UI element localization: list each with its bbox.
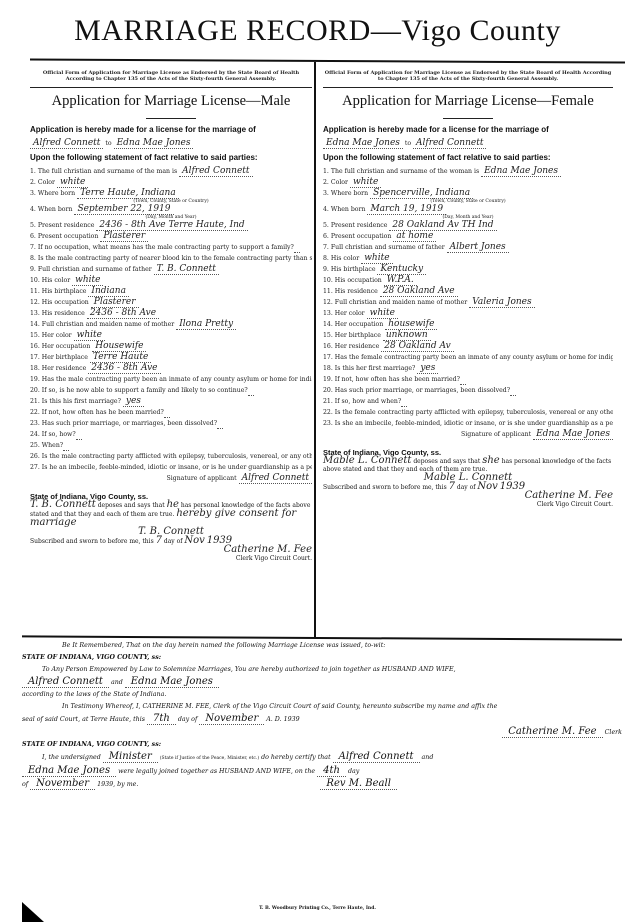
- form-field: 19. Has the male contracting party been …: [30, 374, 312, 385]
- section-title: Application for Marriage License—Male: [30, 93, 312, 110]
- form-field: 18. Her residence 2436 - 8th Ave: [30, 363, 312, 374]
- form-field: 5. Present residence 2436 - 8th Ave Terr…: [30, 220, 312, 231]
- form-field: 22. Is the female contracting party affl…: [323, 407, 613, 418]
- deponent-signature: Mable L. Connett: [323, 474, 613, 483]
- deponent-name: Mable L. Connett: [323, 455, 411, 466]
- field-value: W.P.A.: [384, 275, 417, 286]
- column-divider: [314, 62, 316, 637]
- page-title: MARRIAGE RECORD—Vigo County: [0, 14, 635, 48]
- field-value: [248, 385, 254, 396]
- form-field: 8. Is the male contracting party of near…: [30, 253, 312, 264]
- official-note: Official Form of Application for Marriag…: [30, 70, 312, 82]
- field-value: [294, 242, 300, 253]
- date-line: of November 1939, by me. Rev M. Beall: [22, 778, 622, 791]
- field-value: yes: [417, 363, 438, 374]
- form-field: 1. The full christian and surname of the…: [323, 166, 613, 177]
- field-value: white: [350, 177, 381, 188]
- field-value: [63, 440, 69, 451]
- form-field: 11. His birthplace Indiana: [30, 286, 312, 297]
- deponent-name: T. B. Connett: [30, 499, 96, 510]
- joined-line: Edna Mae Jones were legally joined toget…: [22, 765, 622, 778]
- field-value: 28 Oakland Ave: [380, 286, 458, 297]
- form-field: 22. If not, how often has he been marrie…: [30, 407, 312, 418]
- statement: Upon the following statement of fact rel…: [323, 153, 613, 162]
- form-field: 2. Color white: [30, 177, 312, 188]
- form-field: 10. His color white: [30, 275, 312, 286]
- according-line: according to the laws of the State of In…: [22, 689, 622, 701]
- section-title: Application for Marriage License—Female: [323, 93, 613, 110]
- parties-line: Edna Mae Jones to Alfred Connett: [323, 138, 613, 149]
- divider: [30, 87, 312, 88]
- form-field: 8. His color white: [323, 253, 613, 264]
- official-note: Official Form of Application for Marriag…: [323, 70, 613, 82]
- signature-line: Signature of applicant Edna Mae Jones: [323, 429, 613, 440]
- printer-credit: T. B. Woodbury Printing Co., Terre Haute…: [0, 906, 635, 911]
- intro: Application is hereby made for a license…: [30, 125, 312, 134]
- form-field: 14. Her occupation housewife: [323, 319, 613, 330]
- field-value: Indiana: [88, 286, 129, 297]
- form-field: 21. If so, how and when?: [323, 396, 613, 407]
- form-field: 3. Where born Terre Haute, Indiana: [30, 188, 312, 199]
- bride-name: Edna Mae Jones: [125, 676, 219, 688]
- form-field: 26. Is the male contracting party afflic…: [30, 451, 312, 462]
- undersigned-line: I, the undersigned Minister (State if Ju…: [22, 751, 622, 765]
- field-value: Terre Haute: [90, 352, 151, 363]
- corner-mark: [22, 902, 44, 922]
- female-application: Official Form of Application for Marriag…: [323, 62, 613, 508]
- form-field: 16. Her residence 28 Oakland Av: [323, 341, 613, 352]
- form-field: 15. Her color white: [30, 330, 312, 341]
- form-field: 16. Her occupation Housewife: [30, 341, 312, 352]
- form-field: 15. Her birthplace unknown: [323, 330, 613, 341]
- form-field: 10. His occupation W.P.A.: [323, 275, 613, 286]
- field-value: [510, 385, 516, 396]
- field-value: white: [367, 308, 398, 319]
- field-value: Plasterer: [91, 297, 139, 308]
- form-field: 13. His residence 2436 - 8th Ave: [30, 308, 312, 319]
- field-value: 28 Oakland Av TH Ind: [389, 220, 496, 231]
- form-field: 20. If so, is he now able to support a f…: [30, 385, 312, 396]
- field-value: March 19, 1919: [367, 204, 446, 215]
- form-field: 4. When born September 22, 1919: [30, 204, 312, 215]
- field-value: Ilona Pretty: [176, 319, 236, 330]
- field-value: [76, 429, 82, 440]
- form-field: 9. Full christian and surname of father …: [30, 264, 312, 275]
- certificate-state-line: STATE OF INDIANA, VIGO COUNTY, ss:: [22, 739, 622, 751]
- clerk-signature: Catherine M. Fee: [30, 546, 312, 555]
- field-value: [401, 396, 407, 407]
- field-value: 2436 - 8th Ave: [88, 363, 160, 374]
- applicant-signature: Alfred Connett: [239, 473, 312, 484]
- form-field: 24. If so, how?: [30, 429, 312, 440]
- male-fields: 1. The full christian and surname of the…: [30, 166, 312, 473]
- officiant-signature: Rev M. Beall: [320, 778, 397, 790]
- remembered-line: Be It Remembered, That on the day herein…: [22, 640, 622, 652]
- license-section: Be It Remembered, That on the day herein…: [22, 640, 622, 791]
- clerk-signature: Catherine M. Fee: [323, 492, 613, 501]
- form-field: 12. Full christian and maiden name of mo…: [323, 297, 613, 308]
- field-value: white: [361, 253, 392, 264]
- field-value: Spencerville, Indiana: [370, 188, 473, 199]
- form-field: 14. Full christian and maiden name of mo…: [30, 319, 312, 330]
- field-value: T. B. Connett: [154, 264, 219, 275]
- form-field: 27. Is he an imbecile, feeble-minded, id…: [30, 462, 312, 473]
- field-value: Kentucky: [377, 264, 426, 275]
- form-field: 17. Her birthplace Terre Haute: [30, 352, 312, 363]
- field-value: [164, 407, 170, 418]
- applicant-name: Edna Mae Jones: [323, 138, 403, 149]
- divider: [443, 118, 493, 119]
- testimony-line: In Testimony Whereof, I, CATHERINE M. FE…: [22, 701, 622, 713]
- male-application: Official Form of Application for Marriag…: [30, 62, 312, 562]
- field-value: white: [57, 177, 88, 188]
- intro: Application is hereby made for a license…: [323, 125, 613, 134]
- form-field: 2. Color white: [323, 177, 613, 188]
- field-value: Valeria Jones: [469, 297, 534, 308]
- field-value: 2436 - 8th Ave Terre Haute, Ind: [96, 220, 247, 231]
- form-field: 7. If no occupation, what means has the …: [30, 242, 312, 253]
- field-value: Albert Jones: [447, 242, 509, 253]
- field-value: September 22, 1919: [74, 204, 173, 215]
- other-party-name: Edna Mae Jones: [114, 138, 194, 149]
- field-value: white: [72, 275, 103, 286]
- to-any-line: To Any Person Empowered by Law to Solemn…: [22, 664, 622, 676]
- form-field: 6. Present occupation Plasterer: [30, 231, 312, 242]
- signature-line: Signature of applicant Alfred Connett: [30, 473, 312, 484]
- other-party-name: Alfred Connett: [413, 138, 486, 149]
- applicant-name: Alfred Connett: [30, 138, 103, 149]
- field-value: Housewife: [92, 341, 146, 352]
- form-field: 18. Is this her first marriage? yes: [323, 363, 613, 374]
- form-field: 12. His occupation Plasterer: [30, 297, 312, 308]
- deponent-signature: T. B. Connett: [30, 528, 312, 537]
- license-state-line: STATE OF INDIANA, VIGO COUNTY, ss:: [22, 652, 622, 664]
- field-value: Alfred Connett: [179, 166, 252, 177]
- seal-line: seal of said Court, at Terre Haute, this…: [22, 713, 622, 726]
- parties-line: Alfred Connett to Edna Mae Jones: [30, 138, 312, 149]
- clerk-label: Clerk Vigo Circuit Court.: [323, 501, 613, 508]
- form-field: 20. Has such prior marriage, or marriage…: [323, 385, 613, 396]
- groom-name: Alfred Connett: [22, 676, 109, 688]
- form-field: 1. The full christian and surname of the…: [30, 166, 312, 177]
- form-field: 21. Is this his first marriage? yes: [30, 396, 312, 407]
- field-value: unknown: [383, 330, 431, 341]
- form-field: 9. His birthplace Kentucky: [323, 264, 613, 275]
- form-field: 3. Where born Spencerville, Indiana: [323, 188, 613, 199]
- field-value: white: [74, 330, 105, 341]
- field-value: 2436 - 8th Ave: [87, 308, 159, 319]
- divider: [146, 118, 196, 119]
- names-line: Alfred Connett and Edna Mae Jones: [22, 676, 622, 689]
- field-value: Terre Haute, Indiana: [77, 188, 179, 199]
- form-field: 23. Is she an imbecile, feeble-minded, i…: [323, 418, 613, 429]
- form-field: 7. Full christian and surname of father …: [323, 242, 613, 253]
- form-field: 4. When born March 19, 1919: [323, 204, 613, 215]
- divider: [323, 87, 613, 88]
- field-value: Edna Mae Jones: [481, 166, 561, 177]
- form-field: 25. When?: [30, 440, 312, 451]
- statement: Upon the following statement of fact rel…: [30, 153, 312, 162]
- field-value: housewife: [385, 319, 437, 330]
- clerk-label: Clerk Vigo Circuit Court.: [30, 555, 312, 562]
- form-field: 19. If not, how often has she been marri…: [323, 374, 613, 385]
- form-field: 5. Present residence 28 Oakland Av TH In…: [323, 220, 613, 231]
- field-value: 28 Oakland Av: [381, 341, 453, 352]
- license-clerk-signature: Catherine M. Fee Clerk: [22, 726, 622, 739]
- field-value: Plasterer: [100, 231, 148, 242]
- form-field: 6. Present occupation at home: [323, 231, 613, 242]
- affidavit: T. B. Connett deposes and says that he h…: [30, 501, 312, 528]
- applicant-signature: Edna Mae Jones: [533, 429, 613, 440]
- field-value: yes: [123, 396, 144, 407]
- field-value: at home: [393, 231, 436, 242]
- officiant-title: Minister: [103, 751, 158, 763]
- female-fields: 1. The full christian and surname of the…: [323, 166, 613, 429]
- form-field: 23. Has such prior marriage, or marriage…: [30, 418, 312, 429]
- field-value: [217, 418, 223, 429]
- field-value: [460, 374, 466, 385]
- form-field: 17. Has the female contracting party bee…: [323, 352, 613, 363]
- form-field: 13. Her color white: [323, 308, 613, 319]
- form-field: 11. His residence 28 Oakland Ave: [323, 286, 613, 297]
